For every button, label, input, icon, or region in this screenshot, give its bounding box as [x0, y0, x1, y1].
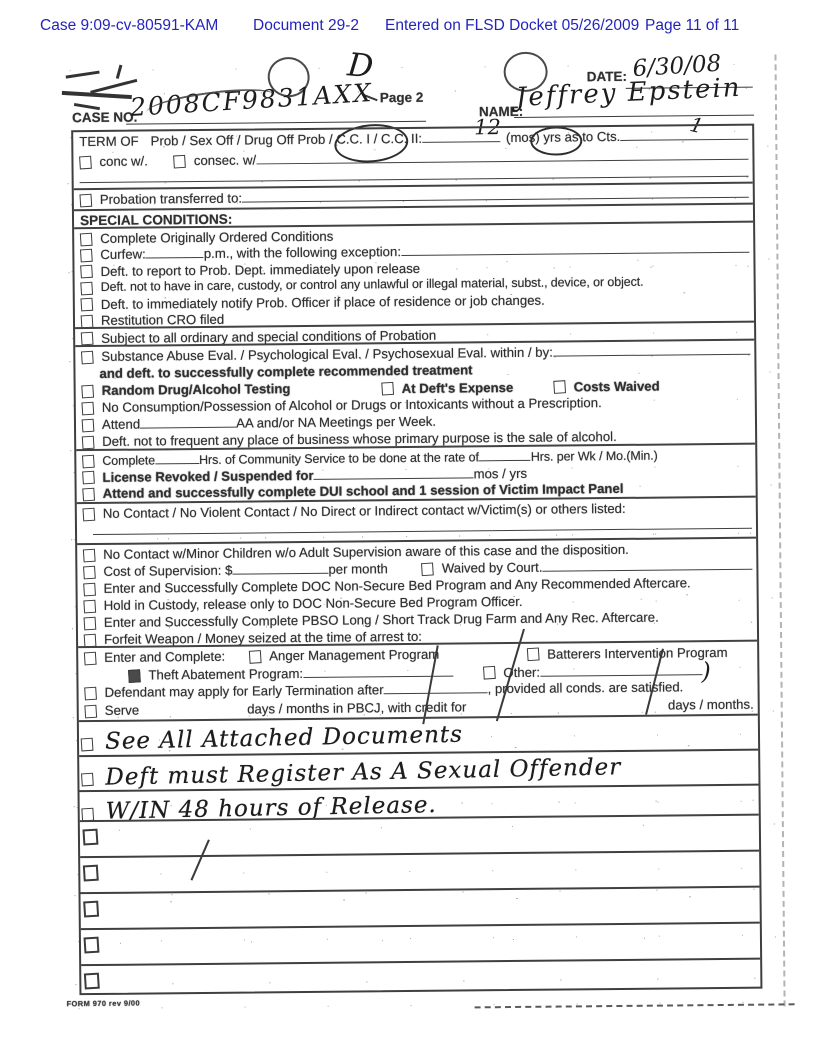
checkbox — [83, 566, 96, 580]
condition-text: Serve — [105, 702, 140, 718]
checkbox-probation-transfer — [79, 193, 92, 207]
form-number: FORM 970 rev 9/00 — [67, 999, 141, 1009]
condition-text: Anger Management Program — [269, 647, 439, 664]
checkbox — [80, 298, 93, 312]
condition-text: Cost of Supervision: $ — [103, 563, 232, 580]
condition-text: days / months in PBCJ, with credit for — [247, 699, 466, 717]
checkbox — [381, 382, 394, 396]
condition-text: Theft Abatement Program: — [148, 666, 303, 683]
attend-count-blank — [140, 416, 236, 429]
checkbox-filled — [128, 669, 141, 683]
checkbox — [527, 648, 540, 662]
waived-blank — [542, 558, 752, 572]
empty-rows-section — [80, 814, 761, 1006]
condition-text: Attend — [102, 417, 140, 433]
empty-checkbox-row — [81, 960, 760, 1001]
checkbox — [84, 704, 97, 718]
license-duration-blank — [313, 466, 473, 480]
checkbox — [82, 487, 95, 501]
condition-text: Enter and Complete: — [104, 649, 225, 666]
checkbox — [81, 402, 94, 416]
condition-text: Batterers Intervention Program — [547, 645, 727, 662]
checkbox — [81, 314, 94, 328]
checkbox — [80, 282, 93, 296]
name-underline — [514, 115, 754, 118]
condition-text: Costs Waived — [574, 379, 660, 395]
checkbox — [82, 454, 95, 468]
name-handwritten-value: Jeffrey Epstein — [515, 73, 742, 113]
checkbox — [84, 687, 97, 701]
condition-text: and deft. to successfully complete recom… — [99, 362, 472, 381]
checkbox — [83, 865, 99, 882]
checkbox — [82, 471, 95, 485]
term-label: TERM OF — [79, 134, 138, 150]
checkbox — [81, 738, 94, 752]
checkbox — [82, 829, 98, 846]
scan-bottom-line — [475, 1003, 795, 1008]
condition-text: p.m., with the following exception: — [204, 244, 401, 261]
term-suffix-text: (mos) yrs as to Cts. — [506, 129, 620, 146]
term-options-text: Prob / Sex Off / Drug Off Prob / C.C. I … — [151, 131, 423, 149]
condition-text: Hrs. per Wk / Mo.(Min.) — [531, 449, 658, 465]
checkbox — [553, 380, 566, 394]
checkbox — [84, 617, 97, 631]
scanned-form: D Page 2 DATE: 6/30/08 CASE NO. 2008CF98… — [0, 0, 816, 1056]
page-label: Page 2 — [380, 90, 424, 105]
probation-transfer-label: Probation transferred to: — [100, 191, 242, 208]
checkbox — [84, 937, 100, 954]
checkbox — [84, 973, 100, 990]
document-page: Case 9:09-cv-80591-KAM Document 29-2 Ent… — [0, 0, 816, 1056]
checkbox — [80, 265, 93, 279]
condition-text: Complete — [102, 453, 155, 468]
checkbox — [81, 773, 94, 787]
checkbox — [84, 652, 97, 666]
condition-text: Waived by Court. — [442, 560, 543, 577]
term-cts-blank — [620, 128, 748, 141]
condition-text: , provided all conds. are satisfied. — [488, 679, 684, 696]
consec-label: consec. w/ — [194, 152, 256, 168]
term-section: TERM OF Prob / Sex Off / Drug Off Prob /… — [73, 126, 753, 189]
condition-text: AA and/or NA Meetings per Week. — [236, 414, 436, 431]
condition-text: At Deft's Expense — [402, 380, 514, 397]
condition-text: per month — [328, 561, 388, 577]
form-body: TERM OF Prob / Sex Off / Drug Off Prob /… — [71, 124, 762, 996]
condition-text: Hrs. of Community Service to be done at … — [199, 450, 479, 467]
checkbox — [249, 650, 262, 664]
checkbox — [83, 549, 96, 563]
community-hours-blank — [155, 452, 199, 464]
checkbox — [80, 249, 93, 263]
checkbox — [81, 385, 94, 399]
checkbox — [80, 232, 93, 246]
condition-text: days / months. — [668, 696, 754, 712]
term-value-blank — [422, 130, 500, 143]
enter-complete-block: Enter and Complete: Anger Management Pro… — [78, 640, 758, 721]
checkbox — [81, 351, 94, 365]
handwritten-note: See All Attached Documents — [105, 720, 463, 757]
condition-text: Complete Originally Ordered Conditions — [100, 229, 333, 247]
no-contact-block: No Contact / No Violent Contact / No Dir… — [77, 496, 756, 544]
handwritten-note: Deft must Register As A Sexual Offender — [105, 752, 621, 792]
early-termination-blank — [384, 681, 488, 694]
curfew-exception-blank — [401, 241, 749, 256]
condition-text: Curfew: — [100, 247, 146, 263]
condition-text: License Revoked / Suspended for — [102, 467, 313, 485]
checkbox — [83, 583, 96, 597]
substance-by-blank — [553, 343, 751, 357]
other-option: Other: — [483, 663, 702, 681]
condition-text: Other: — [503, 664, 540, 680]
checkbox — [82, 419, 95, 433]
programs-block: No Contact w/Minor Children w/o Adult Su… — [77, 537, 757, 647]
scan-edge-line — [774, 54, 785, 1006]
curfew-time-blank — [146, 246, 204, 259]
substance-block: Substance Abuse Eval. / Psychological Ev… — [75, 339, 755, 450]
handwritten-notes-section: See All Attached Documents Deft must Reg… — [79, 714, 759, 821]
batterers-option: Batterers Intervention Program — [527, 645, 727, 663]
cost-amount-blank — [232, 562, 328, 575]
costs-waived-option: Costs Waived — [554, 379, 660, 396]
community-rate-blank — [479, 449, 531, 461]
checkbox — [483, 666, 496, 680]
checkbox — [81, 332, 94, 346]
checkbox — [82, 508, 95, 522]
conditions-block-1: Complete Originally Ordered Conditions C… — [74, 221, 754, 328]
checkbox-conc — [79, 156, 92, 170]
checkbox — [82, 436, 95, 450]
condition-text: Random Drug/Alcohol Testing — [102, 381, 291, 398]
conc-label: conc w/. — [99, 153, 148, 169]
checkbox — [83, 600, 96, 614]
community-service-block: Complete Hrs. of Community Service to be… — [76, 443, 755, 503]
condition-text: Defendant may apply for Early Terminatio… — [104, 682, 383, 700]
probation-transfer-blank — [242, 186, 749, 203]
theft-program-blank — [303, 664, 453, 677]
deft-expense-option: At Deft's Expense — [382, 380, 514, 397]
other-blank — [540, 663, 702, 677]
checkbox-consec — [173, 155, 186, 169]
condition-text: mos / yrs — [473, 465, 527, 481]
checkbox — [421, 562, 434, 576]
checkbox — [83, 901, 99, 918]
